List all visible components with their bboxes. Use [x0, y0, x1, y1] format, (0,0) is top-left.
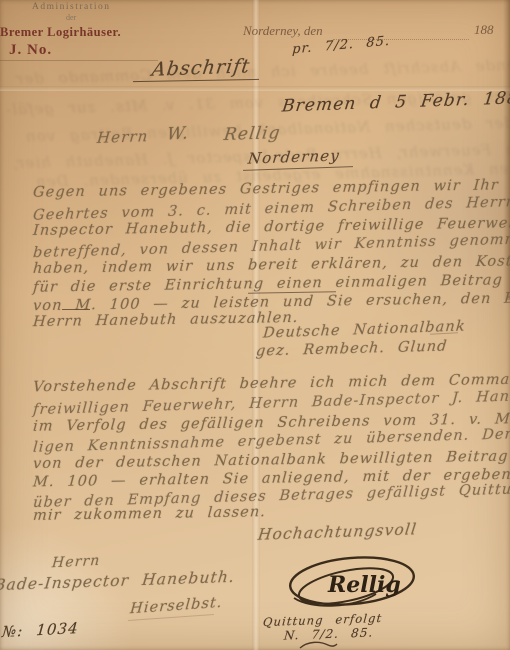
footer-flourish — [298, 641, 338, 650]
body-line: mir zukommen zu lassen. — [32, 504, 266, 524]
bank-signature-signers: gez. Rembech. Glund — [255, 338, 448, 359]
address-salutation: Herrn — [96, 127, 149, 147]
printed-place-date: Norderney, den — [243, 23, 323, 39]
journal-number-value: №: 1034 — [1, 619, 79, 641]
document-heading: Abschrift — [150, 55, 251, 81]
scanned-letter-page: Vorstehende Abschrift beehre ich mich de… — [0, 0, 510, 650]
journal-number-label: J. No. — [9, 42, 52, 59]
body-line: Herrn Hanebuth auszuzahlen. — [32, 310, 299, 330]
amount-underline — [62, 309, 90, 310]
address-place: Norderney — [247, 146, 341, 167]
address-initial: W. — [166, 123, 190, 144]
address-name: Rellig — [223, 123, 282, 145]
letterhead-administration: Administration — [32, 2, 111, 12]
signature-name-text: Rellig — [327, 572, 401, 598]
letterhead-institution: Bremer Logirhäuser. — [0, 25, 121, 40]
signature-stamp: Rellig — [284, 550, 422, 616]
printed-year: 188 — [474, 22, 494, 38]
recipient-name: Bade-Inspector Hanebuth. — [0, 568, 236, 594]
letterhead-rule — [0, 60, 158, 61]
valediction: Hochachtungsvoll — [257, 520, 418, 544]
receipt-note-line2: N. 7/2. 85. — [283, 625, 374, 642]
recipient-salutation: Herrn — [51, 553, 101, 572]
letterhead-der: der — [66, 13, 76, 22]
